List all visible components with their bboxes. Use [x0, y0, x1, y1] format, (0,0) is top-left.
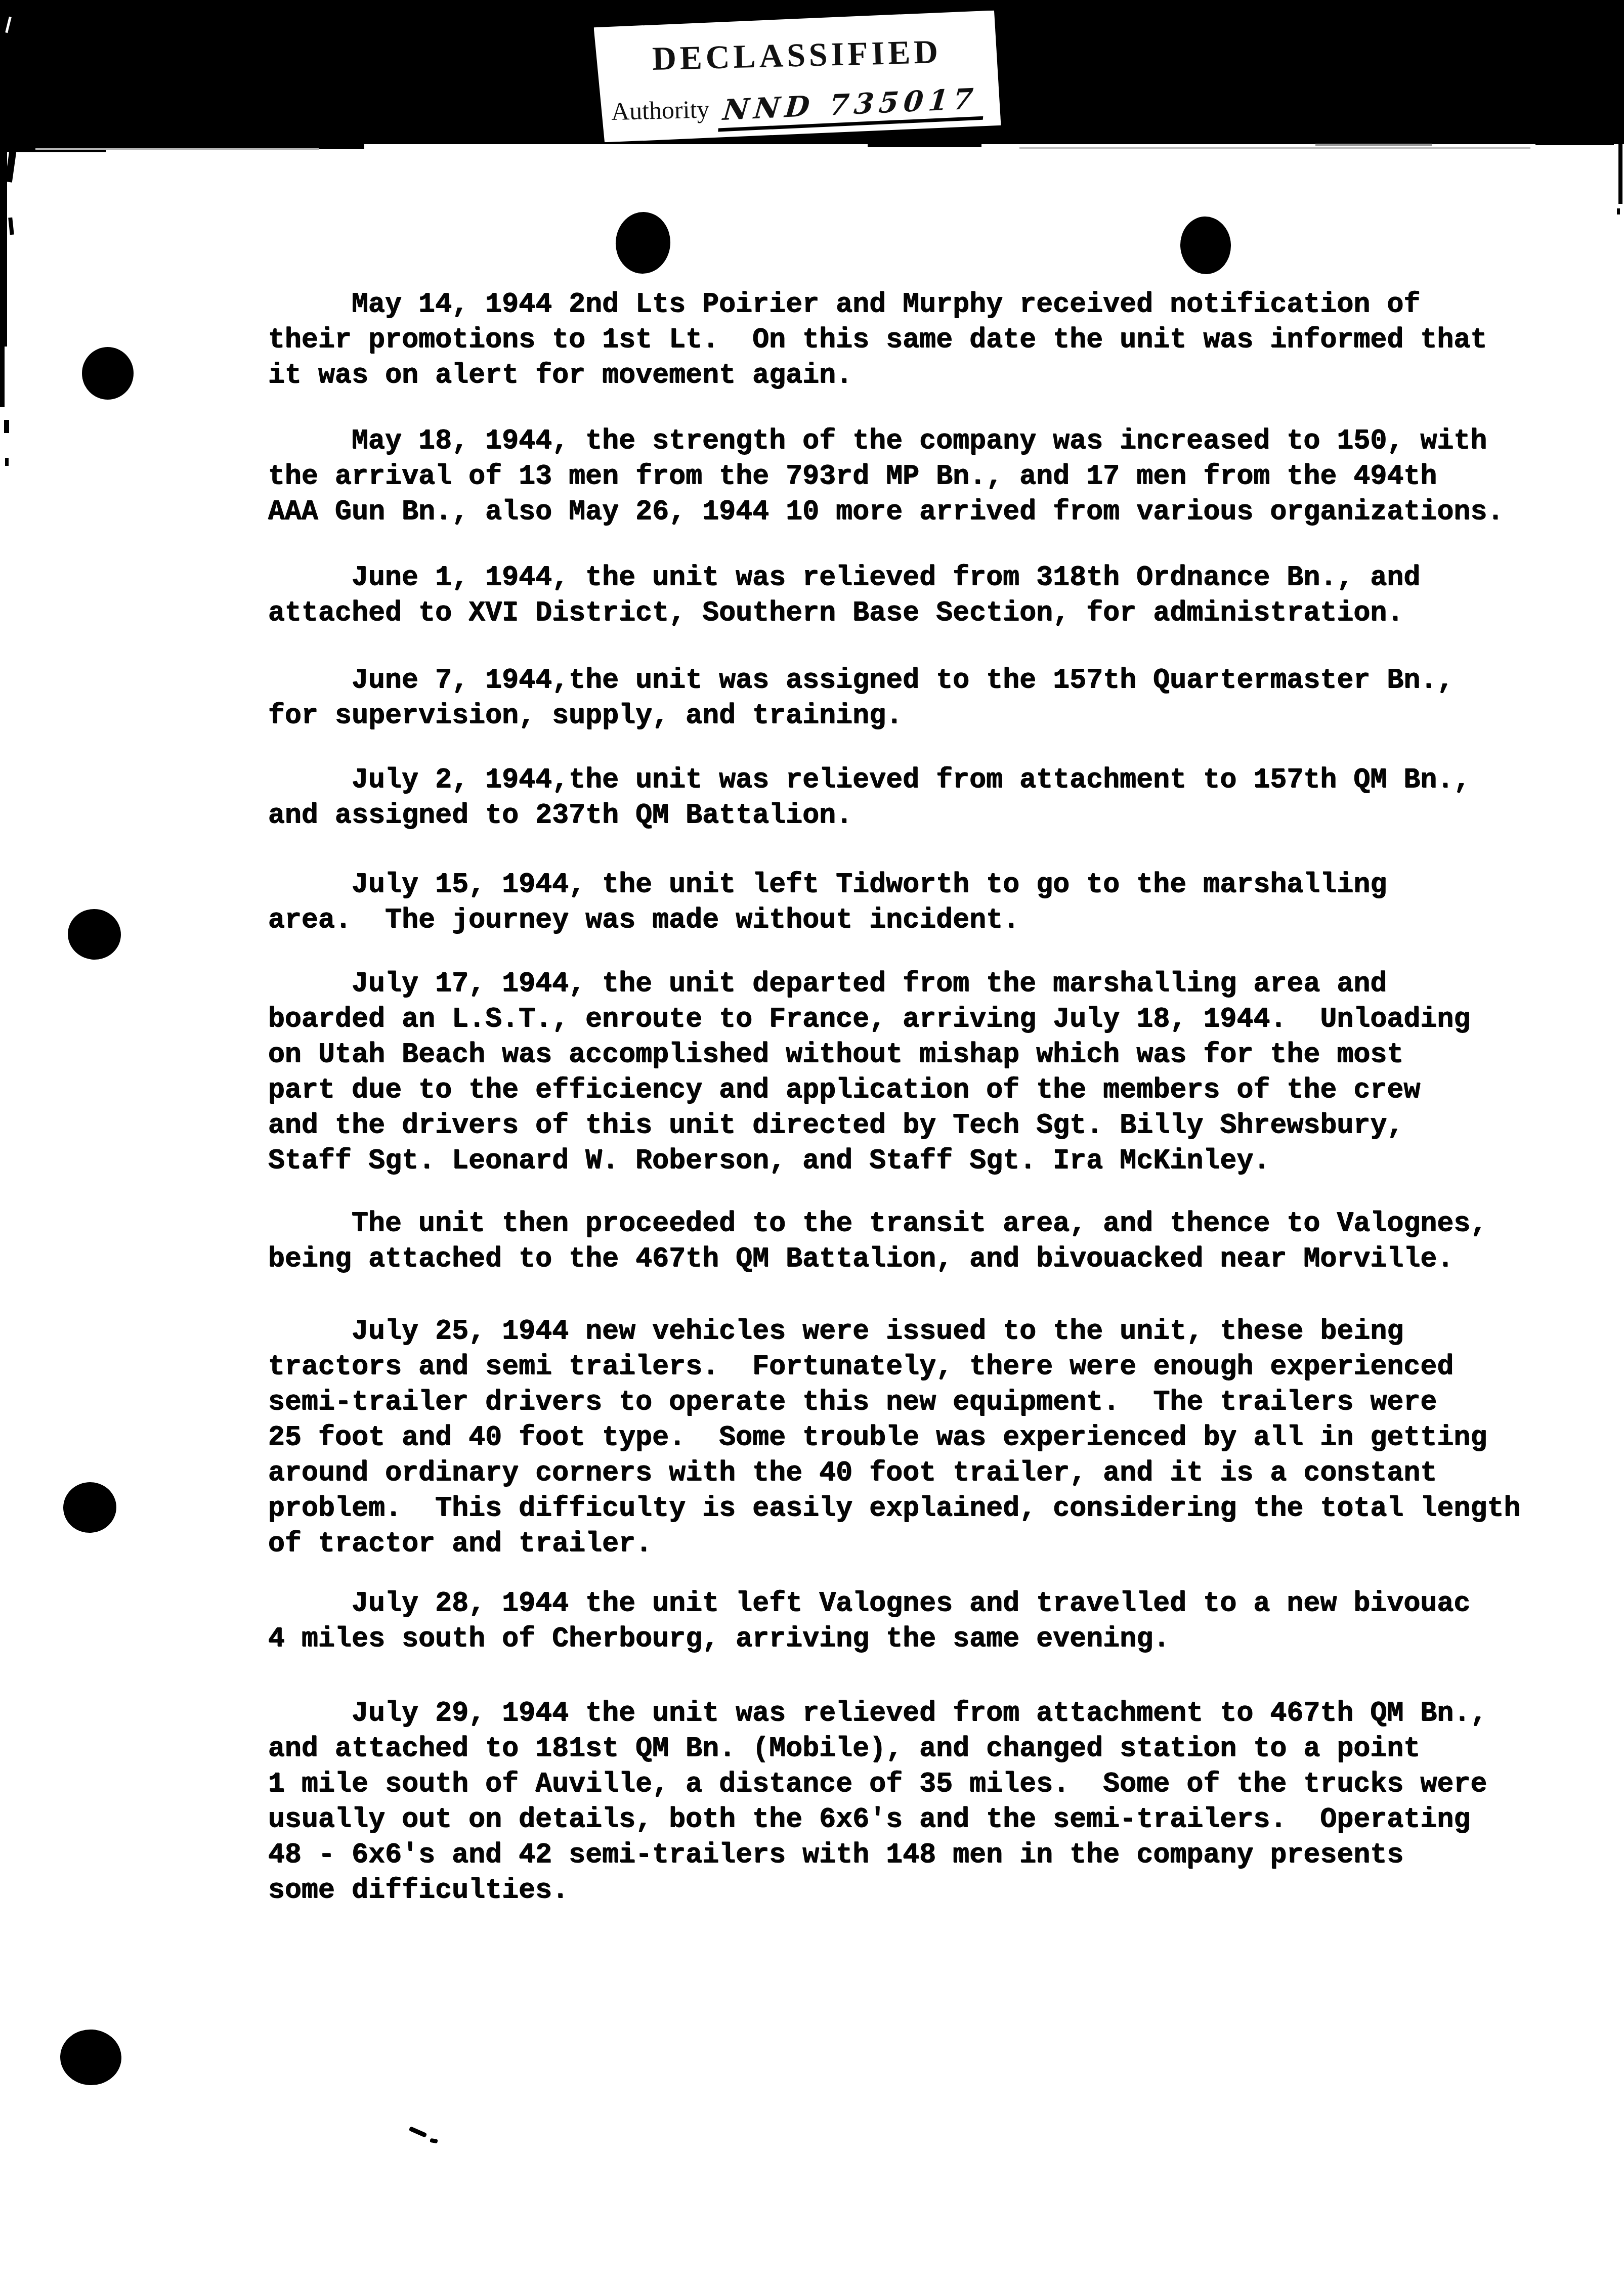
scan-speck [1617, 208, 1620, 214]
text-line: July 25, 1944 new vehicles were issued t… [268, 1314, 1543, 1349]
text-line: problem. This difficulty is easily expla… [268, 1491, 1543, 1526]
scan-streak [1315, 144, 1432, 146]
paragraph: May 18, 1944, the strength of the compan… [268, 423, 1543, 530]
text-line: some difficulties. [268, 1873, 1543, 1908]
scanned-document-page: DECLASSIFIED Authority NND 735017 May 14… [0, 0, 1624, 2286]
text-line: boarded an L.S.T., enroute to France, ar… [268, 1002, 1543, 1037]
scan-streak [1019, 147, 1530, 149]
text-line: for supervision, supply, and training. [268, 698, 1543, 734]
declassified-stamp: DECLASSIFIED Authority NND 735017 [593, 10, 1001, 142]
ink-dot [614, 210, 672, 275]
scan-squiggle [409, 2126, 428, 2138]
ink-dot [1179, 215, 1232, 275]
scan-band-fragment [1492, 138, 1523, 142]
text-line: the arrival of 13 men from the 793rd MP … [268, 459, 1543, 494]
text-line: 4 miles south of Cherbourg, arriving the… [268, 1621, 1543, 1657]
paragraph: July 25, 1944 new vehicles were issued t… [268, 1314, 1543, 1562]
text-line: and assigned to 237th QM Battalion. [268, 798, 1543, 833]
ink-dot [61, 1480, 118, 1535]
paragraph: July 28, 1944 the unit left Valognes and… [268, 1586, 1543, 1657]
paragraph: June 7, 1944,the unit was assigned to th… [268, 663, 1543, 734]
scan-streak [35, 148, 319, 150]
text-line: June 1, 1944, the unit was relieved from… [268, 560, 1543, 595]
scan-speck [4, 420, 9, 433]
text-line: part due to the efficiency and applicati… [268, 1072, 1543, 1108]
text-line: July 29, 1944 the unit was relieved from… [268, 1696, 1543, 1731]
ink-dot [59, 2028, 123, 2087]
text-line: July 28, 1944 the unit left Valognes and… [268, 1586, 1543, 1621]
text-line: being attached to the 467th QM Battalion… [268, 1241, 1543, 1277]
stamp-authority-label: Authority [611, 94, 710, 126]
text-line: 25 foot and 40 foot type. Some trouble w… [268, 1420, 1543, 1455]
paragraph: June 1, 1944, the unit was relieved from… [268, 560, 1543, 631]
text-line: it was on alert for movement again. [268, 358, 1543, 393]
scan-speck [8, 218, 14, 235]
text-line: tractors and semi trailers. Fortunately,… [268, 1349, 1543, 1385]
text-line: Staff Sgt. Leonard W. Roberson, and Staf… [268, 1143, 1543, 1179]
text-line: The unit then proceeded to the transit a… [268, 1206, 1543, 1241]
paragraph: July 29, 1944 the unit was relieved from… [268, 1696, 1543, 1908]
text-line: July 15, 1944, the unit left Tidworth to… [268, 867, 1543, 902]
text-line: around ordinary corners with the 40 foot… [268, 1455, 1543, 1491]
text-line: and the drivers of this unit directed by… [268, 1108, 1543, 1143]
text-line: of tractor and trailer. [268, 1526, 1543, 1562]
scan-squiggle [430, 2138, 438, 2143]
paragraph: May 14, 1944 2nd Lts Poirier and Murphy … [268, 287, 1543, 393]
ink-dot [65, 907, 123, 962]
paragraph: The unit then proceeded to the transit a… [268, 1206, 1543, 1277]
text-line: usually out on details, both the 6x6's a… [268, 1802, 1543, 1837]
stamp-title: DECLASSIFIED [594, 31, 1000, 80]
text-line: July 2, 1944,the unit was relieved from … [268, 762, 1543, 798]
text-line: 48 - 6x6's and 42 semi-trailers with 148… [268, 1837, 1543, 1873]
text-line: their promotions to 1st Lt. On this same… [268, 322, 1543, 358]
text-line: July 17, 1944, the unit departed from th… [268, 966, 1543, 1002]
scan-speck [5, 458, 9, 466]
text-line: 1 mile south of Auville, a distance of 3… [268, 1766, 1543, 1802]
scan-left-edge [0, 347, 5, 407]
text-line: and attached to 181st QM Bn. (Mobile), a… [268, 1731, 1543, 1766]
paragraph: July 2, 1944,the unit was relieved from … [268, 762, 1543, 833]
scan-right-edge [1618, 139, 1622, 204]
text-line: June 7, 1944,the unit was assigned to th… [268, 663, 1543, 698]
scan-left-edge [0, 134, 7, 347]
text-line: May 14, 1944 2nd Lts Poirier and Murphy … [268, 287, 1543, 322]
text-line: semi-trailer drivers to operate this new… [268, 1385, 1543, 1420]
text-line: area. The journey was made without incid… [268, 902, 1543, 938]
paragraph: July 17, 1944, the unit departed from th… [268, 966, 1543, 1179]
paragraph: July 15, 1944, the unit left Tidworth to… [268, 867, 1543, 938]
stamp-authority-number-handwritten: NND 735017 [718, 81, 987, 132]
text-line: AAA Gun Bn., also May 26, 1944 10 more a… [268, 494, 1543, 530]
scan-band-fragment [1535, 140, 1614, 145]
text-line: attached to XVI District, Southern Base … [268, 595, 1543, 631]
stamp-authority-row: Authority NND 735017 [595, 84, 1001, 132]
text-line: on Utah Beach was accomplished without m… [268, 1037, 1543, 1072]
ink-dot [82, 347, 134, 400]
text-line: May 18, 1944, the strength of the compan… [268, 423, 1543, 459]
scan-band-fragment [868, 143, 981, 147]
